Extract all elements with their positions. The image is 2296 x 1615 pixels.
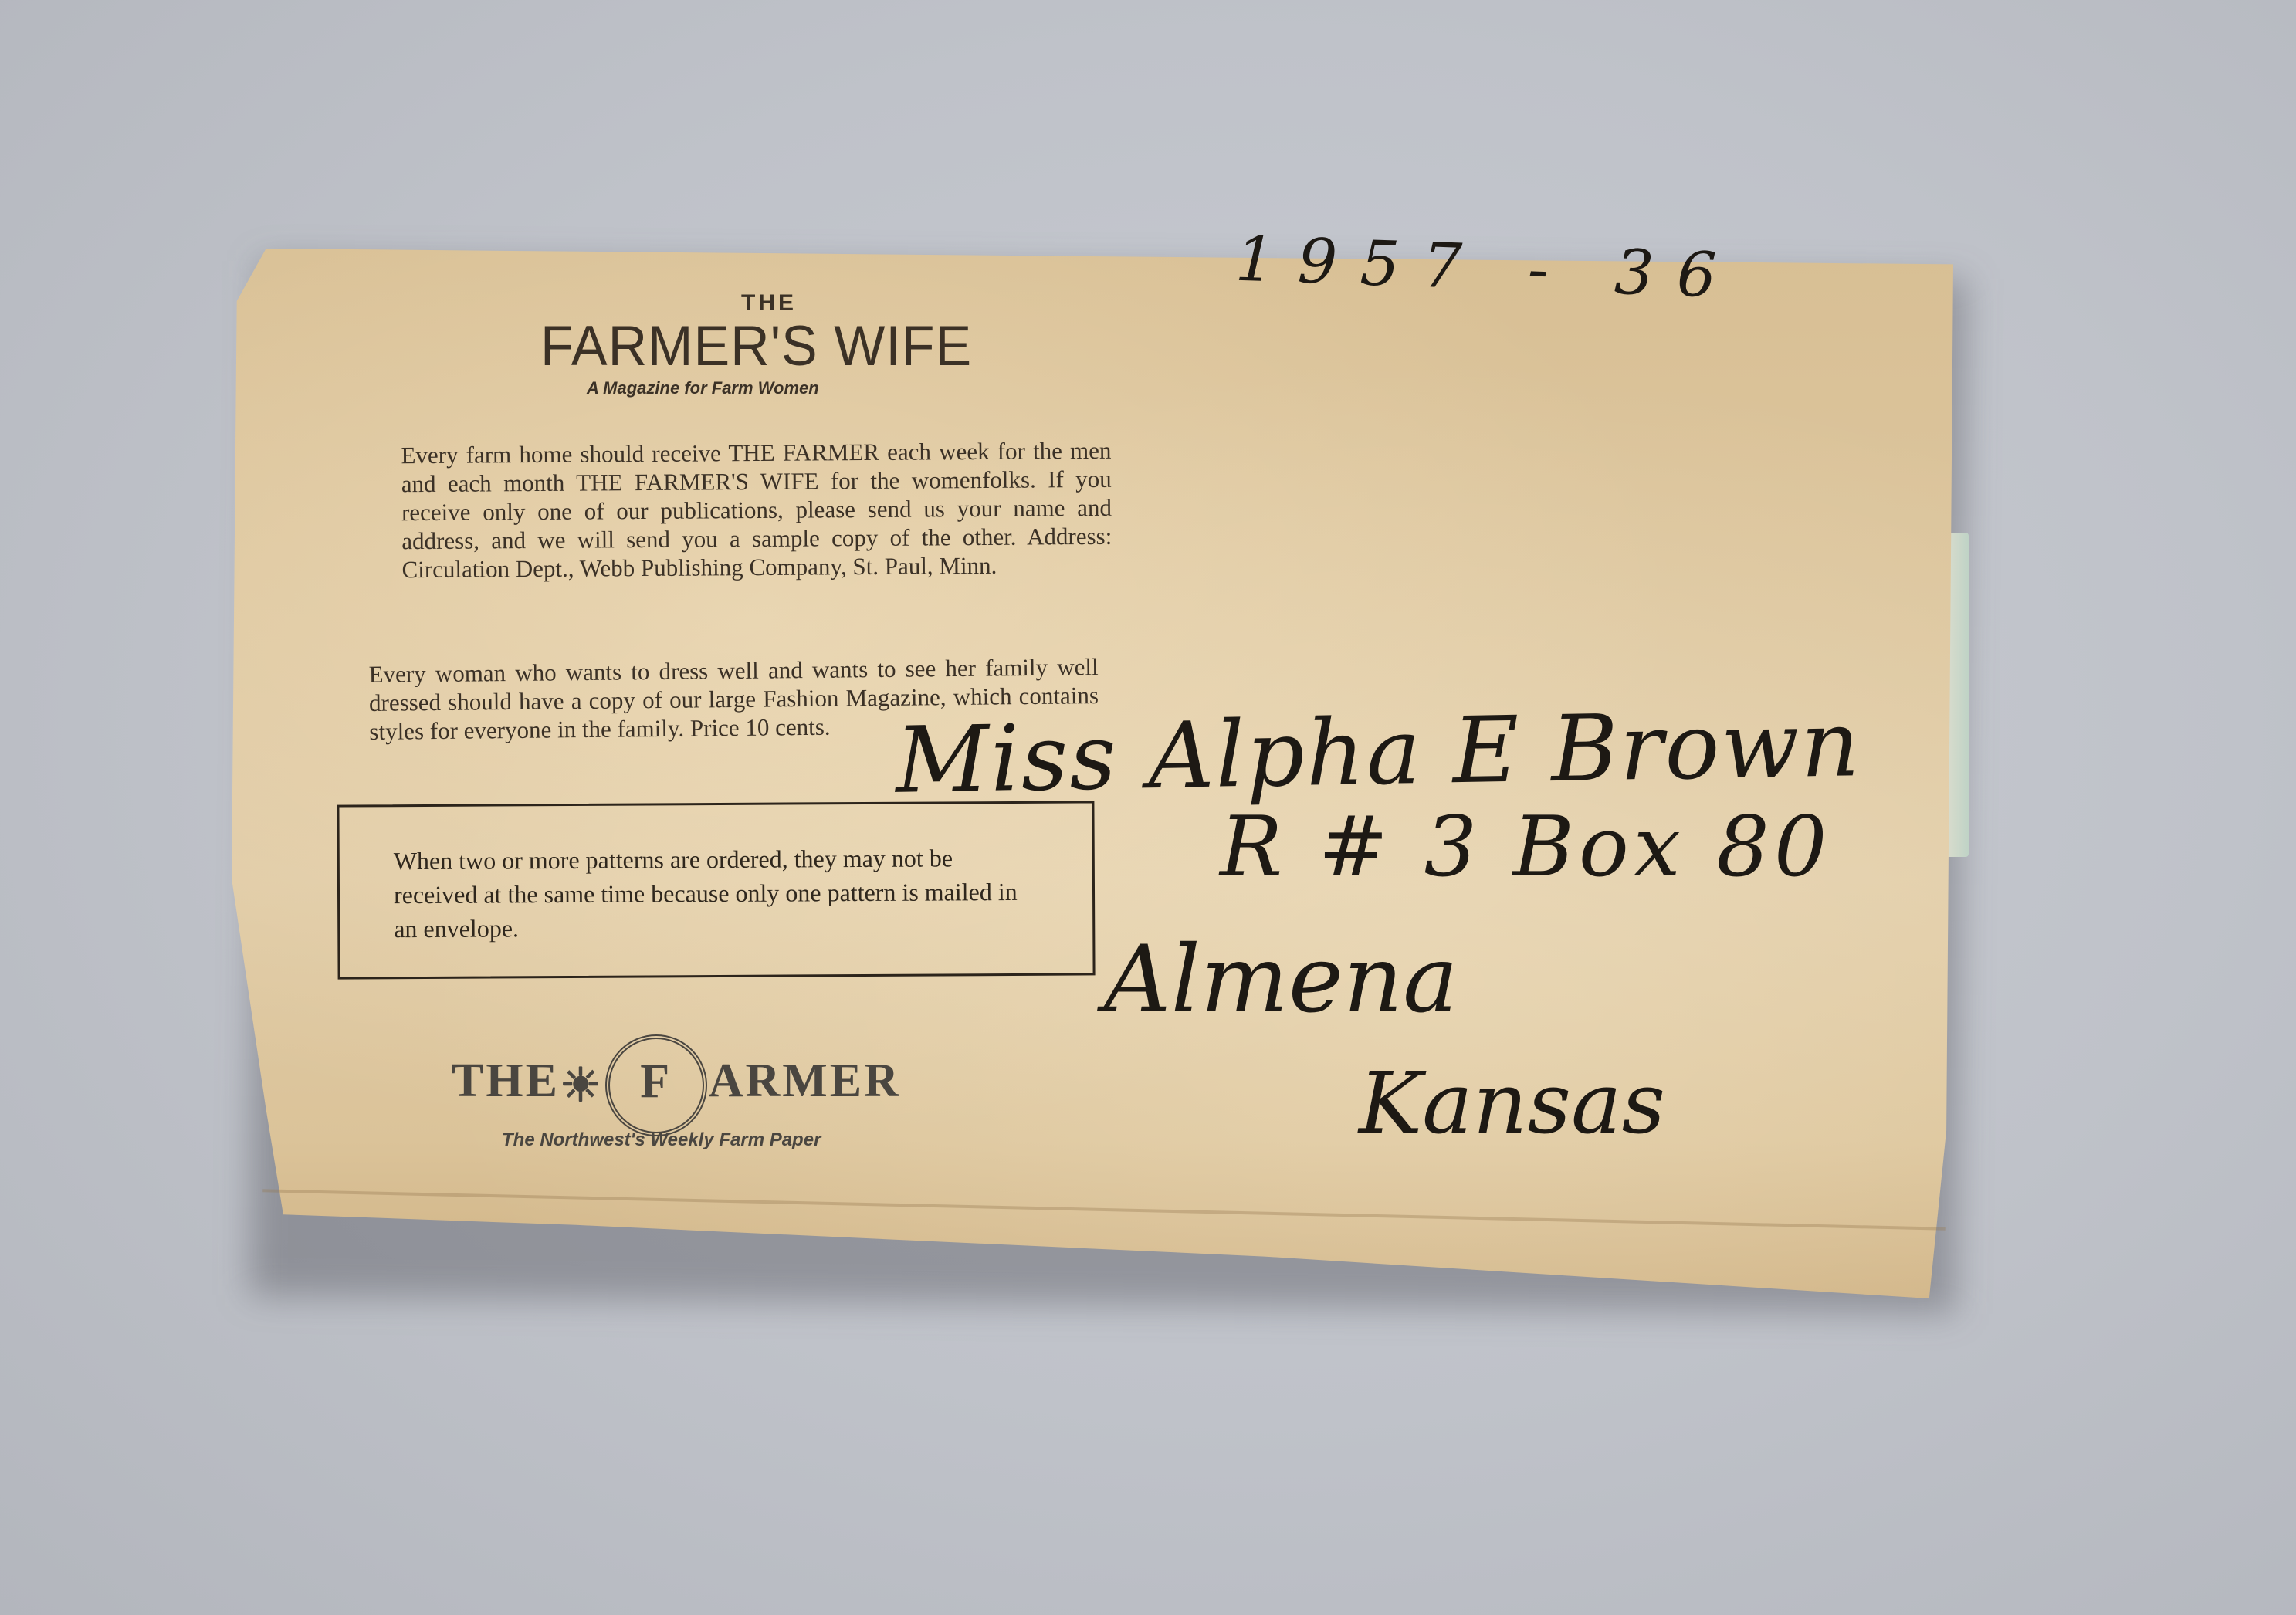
address-state: Kansas <box>1359 1054 1665 1153</box>
logo-rest: ARMER <box>709 1055 901 1107</box>
masthead-subtitle: A Magazine for Farm Women <box>587 378 819 398</box>
the-farmer-logo: THE☀FARMER <box>452 1034 901 1136</box>
address-town: Almena <box>1104 926 1458 1034</box>
rising-sun-icon: ☀ <box>560 1058 604 1112</box>
address-name: Miss Alpha E Brown <box>895 690 1862 814</box>
pattern-notice-box: When two or more patterns are ordered, t… <box>337 801 1095 979</box>
logo-the: THE <box>452 1055 560 1107</box>
masthead-the: THE <box>741 290 797 317</box>
pattern-notice-text: When two or more patterns are ordered, t… <box>394 841 1043 946</box>
masthead-title: FARMER'S WIFE <box>540 313 972 378</box>
logo-initial: F <box>640 1055 672 1108</box>
address-route: R # 3 Box 80 <box>1220 799 1832 896</box>
wreath-icon: F <box>605 1034 707 1136</box>
subscription-paragraph: Every farm home should receive THE FARME… <box>401 436 1112 584</box>
the-farmer-tagline: The Northwest's Weekly Farm Paper <box>502 1129 821 1151</box>
